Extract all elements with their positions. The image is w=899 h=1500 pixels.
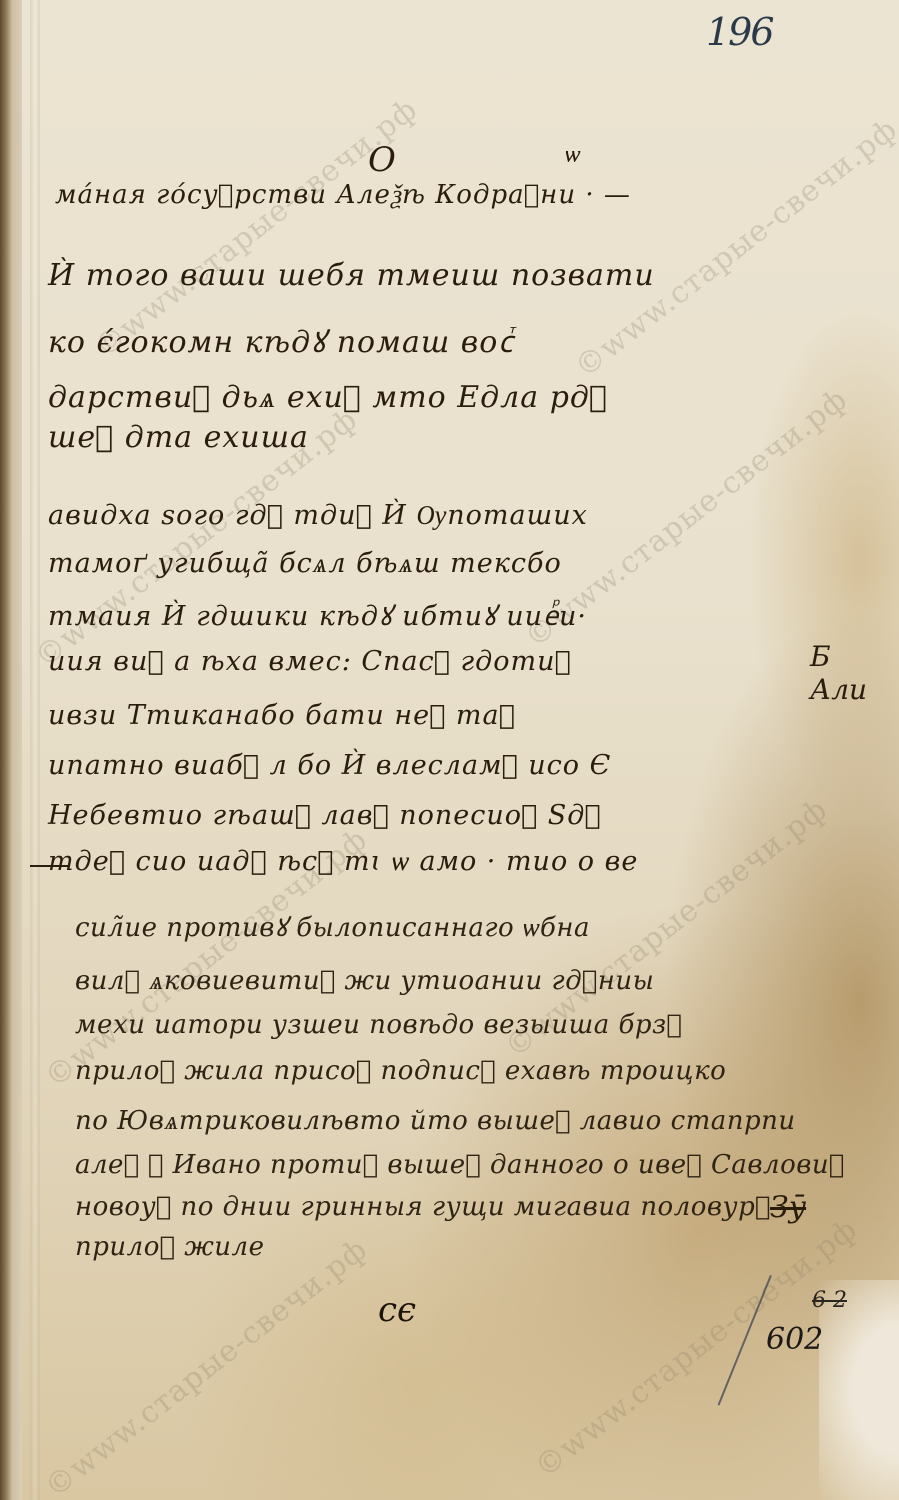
text-line-10: ивзи Ттиканабо бати неⷢ таᷤ xyxy=(48,700,516,731)
text-line-13: тдеⷭ сио иадꙋ ѣсⷮ тꙇ ѡ амо · тио о ве xyxy=(48,846,638,877)
text-line-18: по Ювѧтриковилѣвто йто вышеⷤ лавио стапр… xyxy=(75,1106,796,1136)
line-mark xyxy=(30,865,70,867)
margin-note: Б Али xyxy=(810,640,867,706)
superscript-letter: ѡ xyxy=(565,140,580,169)
watermark: ©www.старые-свечи.рф xyxy=(568,112,899,385)
superscript-letter: О xyxy=(368,140,396,180)
torn-light-patch xyxy=(819,1280,899,1500)
text-line-21: прилоⷤ жиле xyxy=(75,1232,264,1262)
text-line-9: иия виⷣ а ѣха вмес: Спасⷭ гдотиⷯ xyxy=(48,646,572,677)
text-line-12: Небевтио гѣашⷭ лавⷮ попесиоⷫ Ѕдⷮ xyxy=(48,800,602,831)
struck-archive-number: 6 2 xyxy=(812,1288,847,1313)
text-line-16: мехи иатори узшеи повѣдо везыиша брзⷷ xyxy=(75,1010,682,1040)
manuscript-page: ©www.старые-свечи.рф ©www.старые-свечи.р… xyxy=(0,0,899,1500)
struck-mark: Зӯ xyxy=(770,1190,806,1225)
text-line-14: сил̃ие противꙋ былописаннаго ѡбна xyxy=(75,908,590,944)
text-line-5: шеⷨ дта ехиша xyxy=(48,420,309,455)
text-line-6: авидха ѕого гдⷭ тдиⷨ Ѝ Ѹпоташих xyxy=(48,500,588,531)
text-line-11: ипатно виабⷭ л бо Ѝ влесламⷣ исо Є xyxy=(48,750,611,781)
folio-number: 196 xyxy=(706,10,773,54)
page-binding-edge xyxy=(0,0,22,1500)
text-line-8: тмаия Ѝ гдшики кѣдꙋ ибтиꙋ ииеⷬи· xyxy=(48,596,587,633)
text-line-4: дарствиⷺ дьѧ ехиⷪ мто Едла рдⷮ xyxy=(48,380,608,415)
paper-fold-line xyxy=(30,0,40,1500)
watermark: ©www.старые-свечи.рф xyxy=(38,1232,374,1500)
text-line-17: прилоⷤ жила присоⷤ подписⷪ ехавѣ троицко xyxy=(75,1056,726,1086)
text-line-19: алеⷤ ⷷ Ивано протиⷮ вышеⷤ данного о ивеⷬ… xyxy=(75,1150,845,1180)
archive-number: 602 xyxy=(766,1322,823,1357)
text-line-1: ма́ная го́суⷣрстви Алеѯѣ Кодраⷮни · — xyxy=(55,180,631,210)
text-line-2: Ѝ того ваши шебя тмеиш позвати xyxy=(48,258,655,293)
quire-signature-mark: cє xyxy=(378,1290,416,1330)
text-line-3: ко є́гокомн кѣдꙋ помаш восⷮ xyxy=(48,320,514,361)
text-line-15: вилⷶ ѧковиевитиⷯ жи утиоании гдⷭниы xyxy=(75,966,654,996)
text-line-7: тамоґ угибща̃ бсѧл бѣѧш тексбо xyxy=(48,548,562,579)
text-line-20: новоуⷮ по днии гринныя гущи мигавиа поло… xyxy=(75,1192,771,1222)
